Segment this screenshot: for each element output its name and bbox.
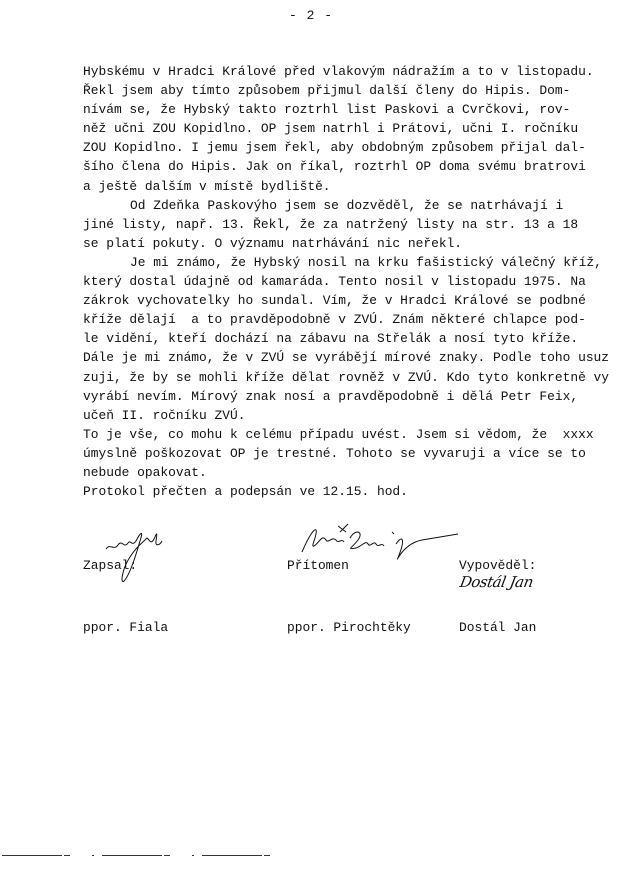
text-line: úmyslně poškozovat OP je trestné. Tohoto… xyxy=(83,444,603,463)
text-line: zákrok vychovatelky ho sundal. Vím, že v… xyxy=(83,291,603,310)
text-line: jiné listy, např. 13. Řekl, že za natrže… xyxy=(83,215,603,234)
text-line: Protokol přečten a podepsán ve 12.15. ho… xyxy=(83,482,603,501)
signature-block-present: Přítomen ppor. Pirochtěky xyxy=(287,518,411,656)
text-line: vyrábí nevím. Mírový znak nosí a pravděp… xyxy=(83,387,603,406)
text-line: To je vše, co mohu k celému případu uvés… xyxy=(83,425,603,444)
text-line: Hybskému v Hradci Králové před vlakovým … xyxy=(83,62,603,81)
text-line: kříže dělají a to pravděpodobně v ZVÚ. Z… xyxy=(83,310,603,329)
recorded-by-label: Zapsal: xyxy=(83,556,168,575)
text-line: a ještě dalším v místě bydliště. xyxy=(83,177,603,196)
text-line: něž učni ZOU Kopidlno. OP jsem natrhl i … xyxy=(83,119,603,138)
handwritten-signature-dostal: Dostál Jan xyxy=(458,573,534,591)
recorded-by-name: ppor. Fiala xyxy=(83,618,168,637)
text-line: Řekl jsem aby tímto způsobem přijmul dal… xyxy=(83,81,603,100)
text-line: Dále je mi známo, že v ZVÚ se vyrábějí m… xyxy=(83,348,603,367)
text-line: Je mi známo, že Hybský nosil na krku faš… xyxy=(83,253,603,272)
text-line: učeň II. ročníku ZVÚ. xyxy=(83,406,603,425)
text-line: nívám se, že Hybský takto roztrhl list P… xyxy=(83,100,603,119)
signature-block-recorded-by: Zapsal: ppor. Fiala xyxy=(83,518,168,656)
text-line: šího člena do Hipis. Jak on říkal, roztr… xyxy=(83,157,603,176)
present-label: Přítomen xyxy=(287,556,411,575)
text-line: Od Zdeňka Paskovýho jsem se dozvěděl, že… xyxy=(83,196,603,215)
text-line: ZOU Kopidlno. I jemu jsem řekl, aby obdo… xyxy=(83,138,603,157)
present-name: ppor. Pirochtěky xyxy=(287,618,411,637)
protocol-body-text: Hybskému v Hradci Králové před vlakovým … xyxy=(83,62,603,501)
text-line: který dostal údajně od kamaráda. Tento n… xyxy=(83,272,603,291)
testified-name: Dostál Jan xyxy=(459,618,536,637)
text-line: le vidění, kteří dochází na zábavu na St… xyxy=(83,329,603,348)
scan-artifact-line xyxy=(2,855,277,856)
text-line: zuji, že by se mohli kříže dělat rovněž … xyxy=(83,368,603,387)
page-number: - 2 - xyxy=(0,8,622,23)
text-line: nebude opakovat. xyxy=(83,463,603,482)
text-line: se platí pokuty. O významu natrhávání ni… xyxy=(83,234,603,253)
